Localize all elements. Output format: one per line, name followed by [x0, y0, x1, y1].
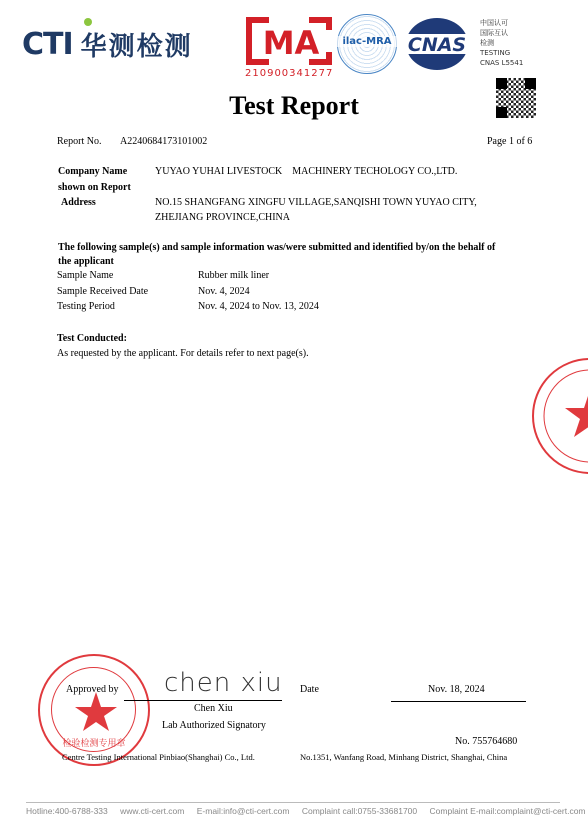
document-title: Test Report — [0, 91, 588, 121]
footer-divider — [26, 802, 560, 803]
cnas-logo-icon: CNAS — [404, 16, 470, 72]
certificate-number: No. 755764680 — [455, 736, 517, 747]
cti-logo-text: CTI — [22, 27, 73, 62]
address-line-2: ZHEJIANG PROVINCE,CHINA — [155, 212, 290, 223]
cnas-line: 检测 — [480, 38, 523, 48]
side-stamp-icon — [532, 358, 588, 474]
ilac-mra-label: ilac-MRA — [337, 36, 397, 47]
handwritten-signature: chen xiu — [164, 668, 283, 698]
footer-email[interactable]: E-mail:info@cti-cert.com — [197, 806, 290, 816]
date-value: Nov. 18, 2024 — [428, 684, 485, 695]
date-line — [391, 701, 526, 702]
cnas-accreditation-text: 中国认可 国际互认 检测 TESTING CNAS L5541 — [480, 18, 523, 68]
cnas-line: 中国认可 — [480, 18, 523, 28]
company-full-name: Centre Testing International Pinbiao(Sha… — [62, 752, 255, 762]
company-name-value: YUYAO YUHAI LIVESTOCK MACHINERY TECHOLOG… — [155, 166, 457, 177]
sample-name-label: Sample Name — [57, 270, 113, 281]
test-conducted-text: As requested by the applicant. For detai… — [57, 348, 309, 359]
address-label: Address — [61, 197, 96, 208]
approved-by-label: Approved by — [66, 684, 119, 695]
cnas-line: CNAS L5541 — [480, 58, 523, 68]
company-address: No.1351, Wanfang Road, Minhang District,… — [300, 752, 507, 762]
report-no-label: Report No. — [57, 136, 101, 147]
page-indicator: Page 1 of 6 — [487, 136, 532, 147]
testing-period-label: Testing Period — [57, 301, 115, 312]
test-conducted-heading: Test Conducted: — [57, 333, 127, 344]
testing-period-value: Nov. 4, 2024 to Nov. 13, 2024 — [198, 301, 319, 312]
sample-intro: The following sample(s) and sample infor… — [58, 242, 495, 253]
signature-line — [124, 700, 282, 701]
sample-name-value: Rubber milk liner — [198, 270, 269, 281]
sample-intro-cont: the applicant — [58, 256, 114, 267]
date-label: Date — [300, 684, 319, 695]
svg-text:检验检测专用章: 检验检测专用章 — [62, 737, 125, 749]
cti-logo-dot — [84, 18, 92, 26]
signatory-title: Lab Authorized Signatory — [162, 720, 266, 731]
cma-logo-icon: MA — [245, 16, 333, 66]
sample-received-label: Sample Received Date — [57, 286, 148, 297]
footer-website[interactable]: www.cti-cert.com — [120, 806, 184, 816]
sample-received-value: Nov. 4, 2024 — [198, 286, 250, 297]
cnas-line: TESTING — [480, 48, 523, 58]
cnas-line: 国际互认 — [480, 28, 523, 38]
svg-text:MA: MA — [263, 24, 320, 62]
footer-hotline: Hotline:400-6788-333 — [26, 806, 108, 816]
svg-text:CNAS: CNAS — [408, 34, 466, 56]
company-name-label: Company Name — [58, 166, 127, 177]
report-no-value: A2240684173101002 — [120, 136, 207, 147]
official-stamp-icon: 检验检测专用章 — [38, 654, 150, 766]
cti-logo-chinese: 华测检测 — [81, 26, 193, 63]
footer: Hotline:400-6788-333 www.cti-cert.com E-… — [26, 806, 566, 816]
footer-complaint-call: Complaint call:0755-33681700 — [302, 806, 417, 816]
footer-complaint-email[interactable]: Complaint E-mail:complaint@cti-cert.com — [430, 806, 586, 816]
signatory-name: Chen Xiu — [194, 703, 233, 714]
cma-number: 210900341277 — [245, 68, 333, 79]
cti-logo: CTI 华测检测 — [22, 24, 193, 64]
company-name-label-cont: shown on Report — [58, 182, 131, 193]
address-line-1: NO.15 SHANGFANG XINGFU VILLAGE,SANQISHI … — [155, 197, 477, 208]
